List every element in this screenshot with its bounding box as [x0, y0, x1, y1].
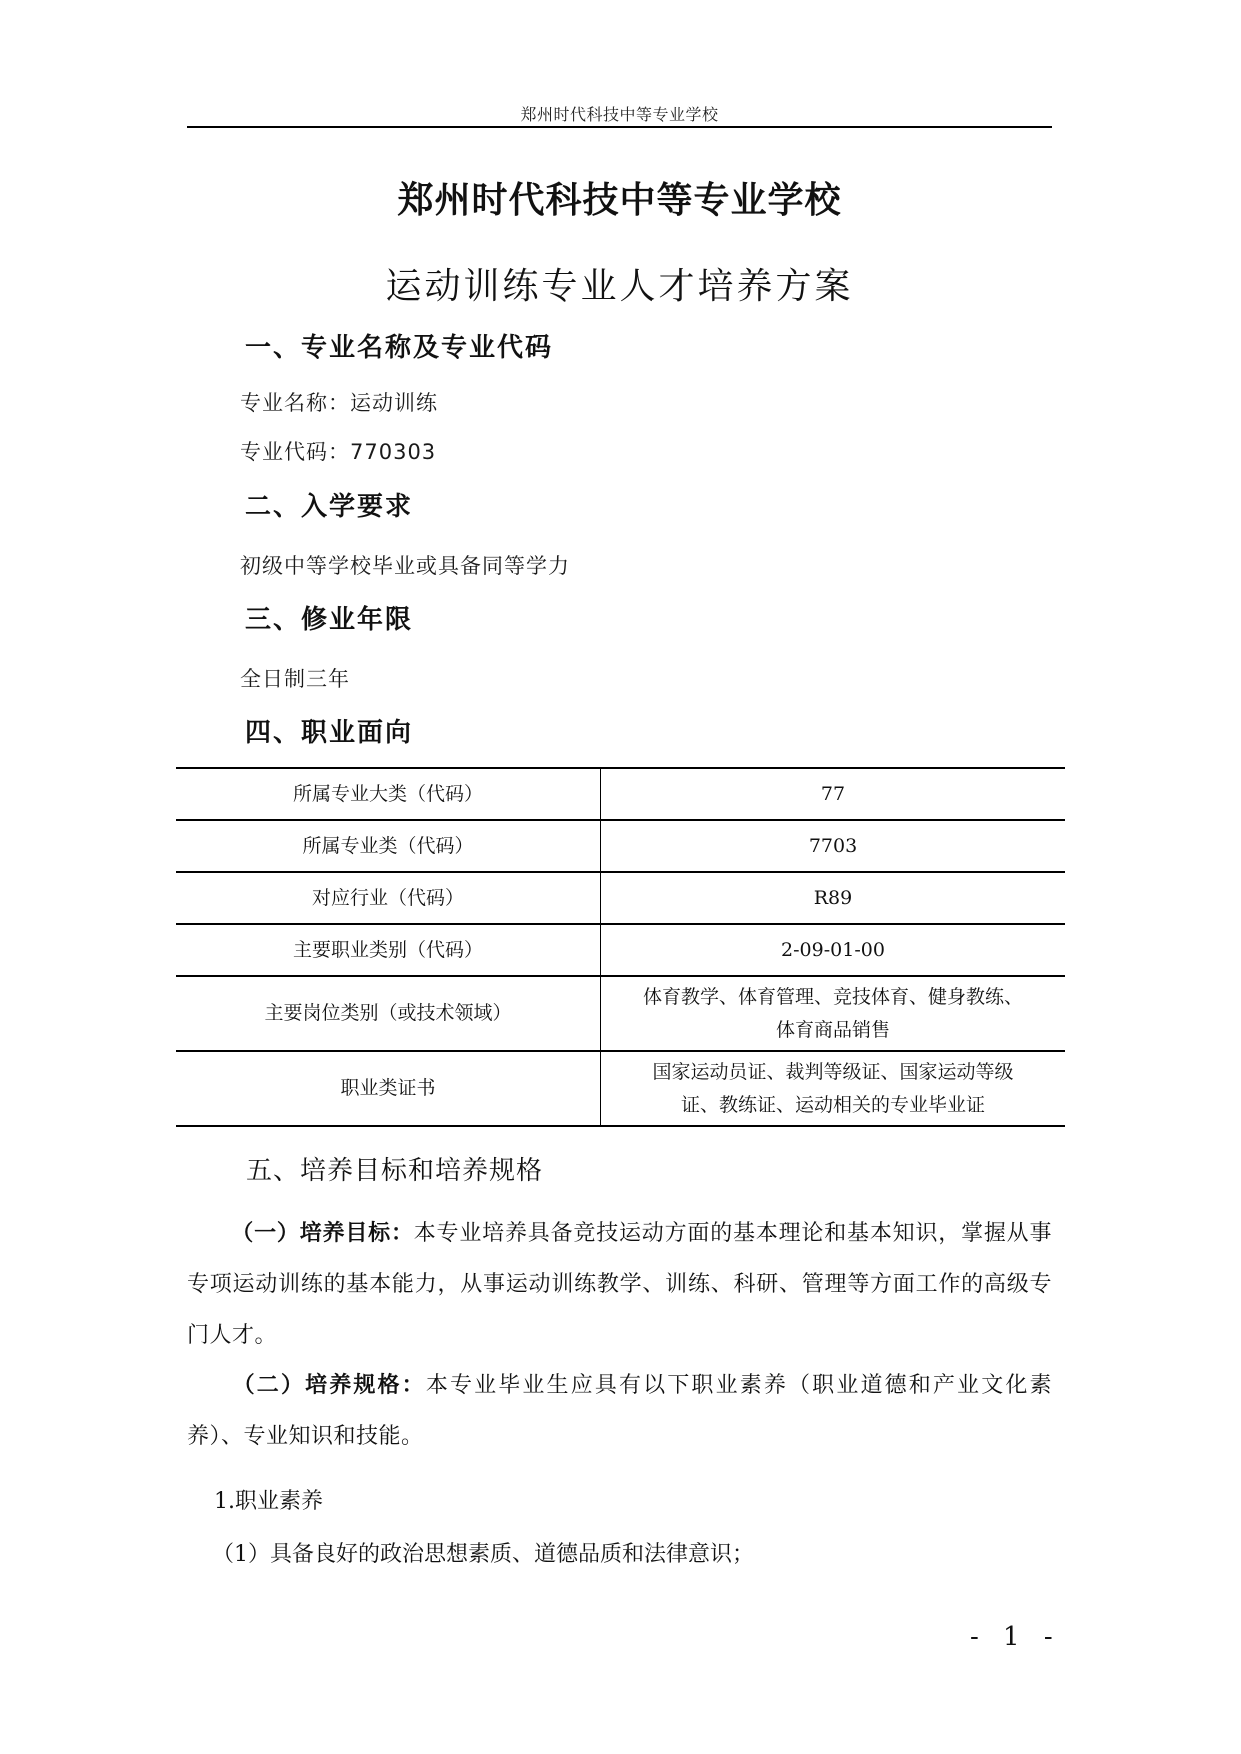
- table-cell-value-line: 体育教学、体育管理、竞技体育、健身教练、: [609, 981, 1057, 1014]
- page-number: - 1 -: [970, 1622, 1061, 1652]
- training-spec-paragraph: （二）培养规格：本专业毕业生应具有以下职业素养（职业道德和产业文化素养）、专业知…: [187, 1360, 1052, 1462]
- study-duration: 全日制三年: [240, 663, 350, 693]
- table-row: 所属专业大类（代码） 77: [176, 768, 1065, 820]
- table-cell-value-line: 证、教练证、运动相关的专业毕业证: [609, 1089, 1057, 1122]
- table-row: 所属专业类（代码） 7703: [176, 820, 1065, 872]
- section-heading-3: 三、修业年限: [245, 599, 413, 636]
- table-cell-label: 职业类证书: [176, 1051, 601, 1126]
- training-goal-lead: （一）培养目标：: [231, 1221, 414, 1246]
- table-cell-label: 对应行业（代码）: [176, 872, 601, 924]
- table-row: 主要岗位类别（或技术领域） 体育教学、体育管理、竞技体育、健身教练、 体育商品销…: [176, 976, 1065, 1051]
- section-heading-2: 二、入学要求: [245, 486, 413, 523]
- admission-requirement: 初级中等学校毕业或具备同等学力: [240, 550, 570, 580]
- table-cell-label: 主要岗位类别（或技术领域）: [176, 976, 601, 1051]
- table-cell-value: 77: [601, 768, 1066, 820]
- training-spec-lead: （二）培养规格：: [231, 1373, 426, 1398]
- document-title: 运动训练专业人才培养方案: [187, 258, 1052, 309]
- table-cell-value-line: 体育商品销售: [609, 1014, 1057, 1047]
- major-name-line: 专业名称：运动训练: [240, 387, 438, 417]
- major-code-line: 专业代码：770303: [240, 436, 436, 466]
- table-cell-value: 7703: [601, 820, 1066, 872]
- list-item: （1）具备良好的政治思想素质、道德品质和法律意识；: [212, 1537, 754, 1568]
- section-heading-4: 四、职业面向: [245, 712, 413, 749]
- table-cell-value: 2-09-01-00: [601, 924, 1066, 976]
- subsection-heading: 1.职业素养: [214, 1484, 323, 1515]
- section-heading-1: 一、专业名称及专业代码: [245, 327, 553, 364]
- career-orientation-table: 所属专业大类（代码） 77 所属专业类（代码） 7703 对应行业（代码） R8…: [176, 767, 1065, 1127]
- table-cell-value: 国家运动员证、裁判等级证、国家运动等级 证、教练证、运动相关的专业毕业证: [601, 1051, 1066, 1126]
- table-cell-value-line: 国家运动员证、裁判等级证、国家运动等级: [609, 1056, 1057, 1089]
- section-heading-5: 五、培养目标和培养规格: [246, 1150, 543, 1187]
- table-cell-value: 体育教学、体育管理、竞技体育、健身教练、 体育商品销售: [601, 976, 1066, 1051]
- table-cell-label: 所属专业大类（代码）: [176, 768, 601, 820]
- table-cell-label: 主要职业类别（代码）: [176, 924, 601, 976]
- training-goal-paragraph: （一）培养目标：本专业培养具备竞技运动方面的基本理论和基本知识，掌握从事专项运动…: [187, 1208, 1052, 1361]
- table-row: 对应行业（代码） R89: [176, 872, 1065, 924]
- school-title: 郑州时代科技中等专业学校: [187, 172, 1052, 223]
- table-row: 主要职业类别（代码） 2-09-01-00: [176, 924, 1065, 976]
- table-cell-label: 所属专业类（代码）: [176, 820, 601, 872]
- table-cell-value: R89: [601, 872, 1066, 924]
- header-divider: [187, 126, 1052, 128]
- running-header-title: 郑州时代科技中等专业学校: [187, 102, 1052, 125]
- table-row: 职业类证书 国家运动员证、裁判等级证、国家运动等级 证、教练证、运动相关的专业毕…: [176, 1051, 1065, 1126]
